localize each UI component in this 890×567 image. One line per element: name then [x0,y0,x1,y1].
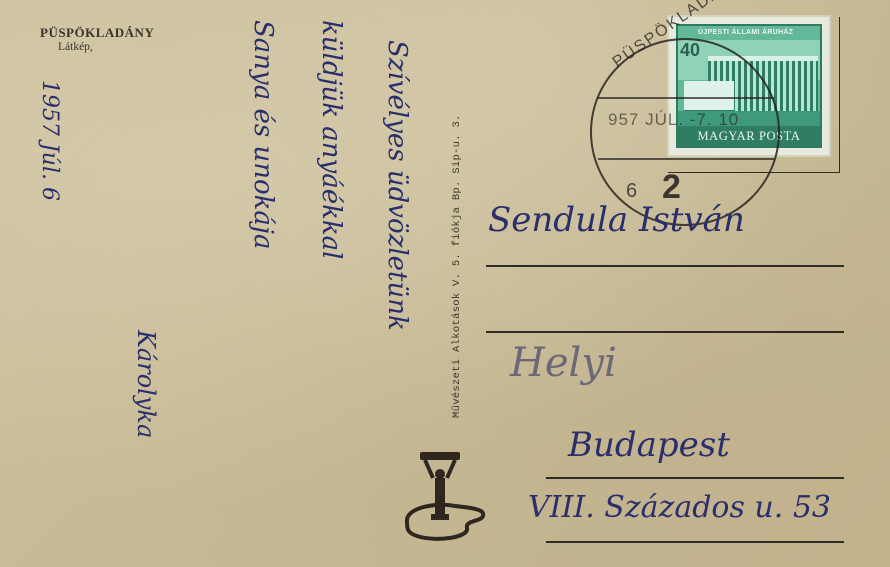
postmark-date: 957 JÚL. -7. 10 [608,110,739,130]
recipient-name: Sendula István [488,200,745,240]
stamp-caption: ÚJPESTI ÁLLAMI ÁRUHÁZ [698,29,793,36]
address-line-1 [486,265,844,267]
message-date: 1957 Júl. 6 [37,80,62,201]
message-line-2: küldjük anyáékkal [316,20,346,259]
postmark: PÜSPÖKLADÁNY 957 JÚL. -7. 10 6 2 [590,38,780,226]
recipient-city: Budapest [568,425,730,465]
printed-place-title: PÜSPÖKLADÁNY [40,25,154,41]
pencil-note: Helyi [510,340,617,386]
address-line-3 [546,477,844,479]
recipient-street: VIII. Százados u. 53 [528,490,831,525]
message-signature: Károlyka [132,330,160,438]
publisher-imprint: Művészeti Alkotások V. 5. fiókja Bp. Sip… [451,114,463,418]
address-line-2 [486,331,844,333]
message-line-3: Sanya és unokája [248,20,278,249]
postcard-back: PÜSPÖKLADÁNY Látkép, Művészeti Alkotások… [0,0,890,567]
address-line-4 [546,541,844,543]
publisher-logo-icon [395,450,490,545]
message-line-1: Szívélyes üdvözletünk [382,40,412,331]
printed-place-subtitle: Látkép, [58,41,93,53]
